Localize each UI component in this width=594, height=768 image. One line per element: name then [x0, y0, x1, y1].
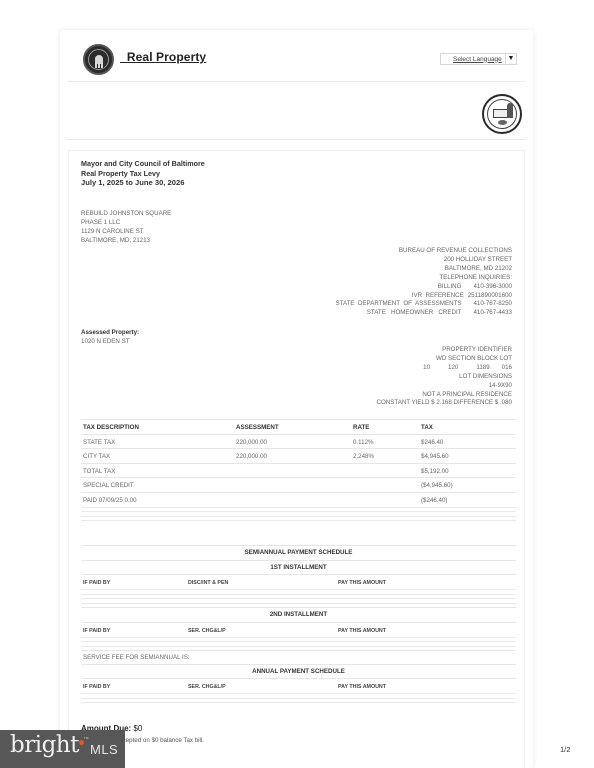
department-of-finance-seal-icon	[482, 94, 522, 134]
col-pay-this-amount: PAY THIS AMOUNT	[338, 628, 386, 634]
tax-table-header: TAX DESCRIPTION ASSESSMENT RATE TAX	[81, 419, 516, 434]
parcel-values: 101201189016	[377, 364, 513, 373]
second-installment-columns: IF PAID BY SER. CHG&L/P PAY THIS AMOUNT	[81, 622, 516, 637]
ward-value: 10	[423, 364, 430, 373]
cell-tax: ($246.40)	[421, 497, 448, 504]
col-if-paid-by: IF PAID BY	[83, 628, 110, 634]
table-row: STATE TAX 220,000.00 0.112% $246.40	[81, 434, 516, 449]
lot-dimensions-label: LOT DIMENSIONS	[377, 373, 513, 382]
cell-tax: $4,945.60	[421, 453, 449, 460]
property-identifier-label: PROPERTY IDENTIFIER	[377, 346, 513, 355]
col-tax-description: TAX DESCRIPTION	[83, 424, 139, 431]
col-tax: TAX	[421, 424, 433, 431]
baltimore-city-seal-icon[interactable]	[83, 44, 114, 75]
section-value: 120	[448, 364, 458, 373]
table-row: CITY TAX 220,000.00 2.248% $4,945.60	[81, 448, 516, 463]
cell-rate: 2.248%	[353, 453, 374, 460]
cell-tax: $246.40	[421, 439, 443, 446]
contact-label: STATE DEPARTMENT OF ASSESSMENTS	[336, 300, 462, 307]
contact-assessments: STATE DEPARTMENT OF ASSESSMENTS410-767-8…	[336, 300, 513, 309]
first-installment-columns: IF PAID BY DISC/INT & PEN PAY THIS AMOUN…	[81, 574, 516, 589]
bureau-street: 200 HOLLIDAY STREET	[336, 256, 513, 265]
cell-description: CITY TAX	[83, 453, 110, 460]
divider	[81, 702, 516, 707]
second-installment-title: 2ND INSTALLMENT	[81, 607, 516, 622]
contact-value: 410-767-4433	[473, 309, 512, 318]
contact-label: IVR REFERENCE	[412, 292, 464, 299]
lot-dimensions-value: 14-9X90	[377, 382, 513, 391]
semiannual-title: SEMIANNUAL PAYMENT SCHEDULE	[81, 545, 516, 560]
cell-description: SPECIAL CREDIT	[83, 482, 134, 489]
contact-label: BILLING	[438, 283, 462, 290]
bureau-contact-block: BUREAU OF REVENUE COLLECTIONS 200 HOLLID…	[336, 247, 513, 318]
owner-line: BALTIMORE, MD, 21213	[81, 236, 171, 245]
col-pay-this-amount: PAY THIS AMOUNT	[338, 684, 386, 690]
contact-value: 410-767-8250	[473, 300, 512, 309]
lot-value: 016	[502, 364, 512, 373]
cell-description: TOTAL TAX	[83, 468, 115, 475]
levy-title: Real Property Tax Levy	[81, 169, 205, 179]
owner-address: REBUILD JOHNSTON SQUARE PHASE 1 LLC 1129…	[81, 209, 171, 245]
assessed-property-address: 1020 N EDEN ST	[81, 337, 139, 346]
cell-rate: 0.112%	[353, 439, 374, 446]
cell-description: PAID 07/09/25 0.00	[83, 497, 137, 504]
col-if-paid-by: IF PAID BY	[83, 684, 110, 690]
cell-tax: $5,192.00	[421, 468, 449, 475]
col-ser-chg: SER. CHG&L/P	[188, 628, 226, 634]
col-assessment: ASSESSMENT	[236, 424, 279, 431]
cell-assessment: 220,000.00	[236, 439, 267, 446]
property-identifier-block: PROPERTY IDENTIFIER WD SECTION BLOCK LOT…	[377, 346, 513, 408]
residence-status: NOT A PRINCIPAL RESIDENCE	[377, 391, 513, 400]
tax-bill-document: Mayor and City Council of Baltimore Real…	[68, 150, 525, 768]
parcel-columns-label: WD SECTION BLOCK LOT	[377, 355, 513, 364]
annual-columns: IF PAID BY SER. CHG&L/P PAY THIS AMOUNT	[81, 678, 516, 693]
trademark-icon: TM	[84, 736, 88, 740]
banner	[66, 82, 526, 140]
assessed-property-label: Assessed Property:	[81, 328, 139, 337]
cell-tax: ($4,945.60)	[421, 482, 453, 489]
assessed-property: Assessed Property: 1020 N EDEN ST	[81, 328, 139, 346]
contact-label: STATE HOMEOWNER CREDIT	[367, 309, 462, 316]
divider	[81, 520, 516, 525]
inquiries-label: TELEPHONE INQUIRIES:	[336, 274, 513, 283]
constant-yield: CONSTANT YIELD $ 2.168 DIFFERENCE $ .080	[377, 399, 513, 408]
semiannual-schedule: SEMIANNUAL PAYMENT SCHEDULE 1ST INSTALLM…	[81, 545, 516, 707]
header-bar: Real Property Select Language ▼	[68, 40, 525, 82]
first-installment-title: 1ST INSTALLMENT	[81, 560, 516, 575]
annual-title: ANNUAL PAYMENT SCHEDULE	[81, 664, 516, 679]
levy-period: July 1, 2025 to June 30, 2026	[81, 178, 205, 188]
owner-line: REBUILD JOHNSTON SQUARE	[81, 209, 171, 218]
contact-homeowner-credit: STATE HOMEOWNER CREDIT410-767-4433	[336, 309, 513, 318]
watermark-dot-icon	[79, 740, 84, 745]
bright-mls-watermark: bright TM MLS	[0, 730, 125, 768]
table-row: TOTAL TAX $5,192.00	[81, 463, 516, 478]
contact-value: 2511890001600	[468, 292, 512, 301]
language-select-label: Select Language	[453, 56, 502, 63]
col-if-paid-by: IF PAID BY	[83, 580, 110, 586]
tax-table: TAX DESCRIPTION ASSESSMENT RATE TAX STAT…	[81, 419, 516, 525]
owner-line: 1129 N CAROLINE ST	[81, 227, 171, 236]
real-property-link[interactable]: Real Property	[120, 50, 206, 64]
language-select[interactable]: Select Language ▼	[440, 53, 517, 65]
contact-value: 410-396-3000	[473, 283, 512, 292]
levy-issuer: Mayor and City Council of Baltimore	[81, 159, 205, 169]
owner-line: PHASE 1 LLC	[81, 218, 171, 227]
col-pay-this-amount: PAY THIS AMOUNT	[338, 580, 386, 586]
dropdown-arrow-icon[interactable]: ▼	[505, 54, 516, 64]
cell-assessment: 220,000.00	[236, 453, 267, 460]
page-indicator: 1/2	[560, 745, 570, 754]
table-row: SPECIAL CREDIT ($4,945.60)	[81, 477, 516, 492]
watermark-brand: bright	[10, 732, 79, 758]
service-fee-label: SERVICE FEE FOR SEMIANNUAL IS:	[81, 650, 516, 664]
bureau-city: BALTIMORE, MD 21202	[336, 265, 513, 274]
cell-description: STATE TAX	[83, 439, 115, 446]
levy-heading: Mayor and City Council of Baltimore Real…	[81, 159, 205, 188]
block-value: 1189	[476, 364, 489, 373]
col-rate: RATE	[353, 424, 369, 431]
contact-billing: BILLING410-396-3000	[336, 283, 513, 292]
watermark-suffix: MLS	[90, 742, 118, 757]
contact-ivr: IVR REFERENCE2511890001600	[336, 292, 513, 301]
tax-bill-page: Real Property Select Language ▼ Mayor an…	[60, 30, 533, 768]
table-row: PAID 07/09/25 0.00 ($246.40)	[81, 492, 516, 507]
col-disc-int-pen: DISC/INT & PEN	[188, 580, 228, 586]
amount-due-value: $0	[133, 724, 142, 733]
bureau-name: BUREAU OF REVENUE COLLECTIONS	[336, 247, 513, 256]
col-ser-chg: SER. CHG&L/P	[188, 684, 226, 690]
